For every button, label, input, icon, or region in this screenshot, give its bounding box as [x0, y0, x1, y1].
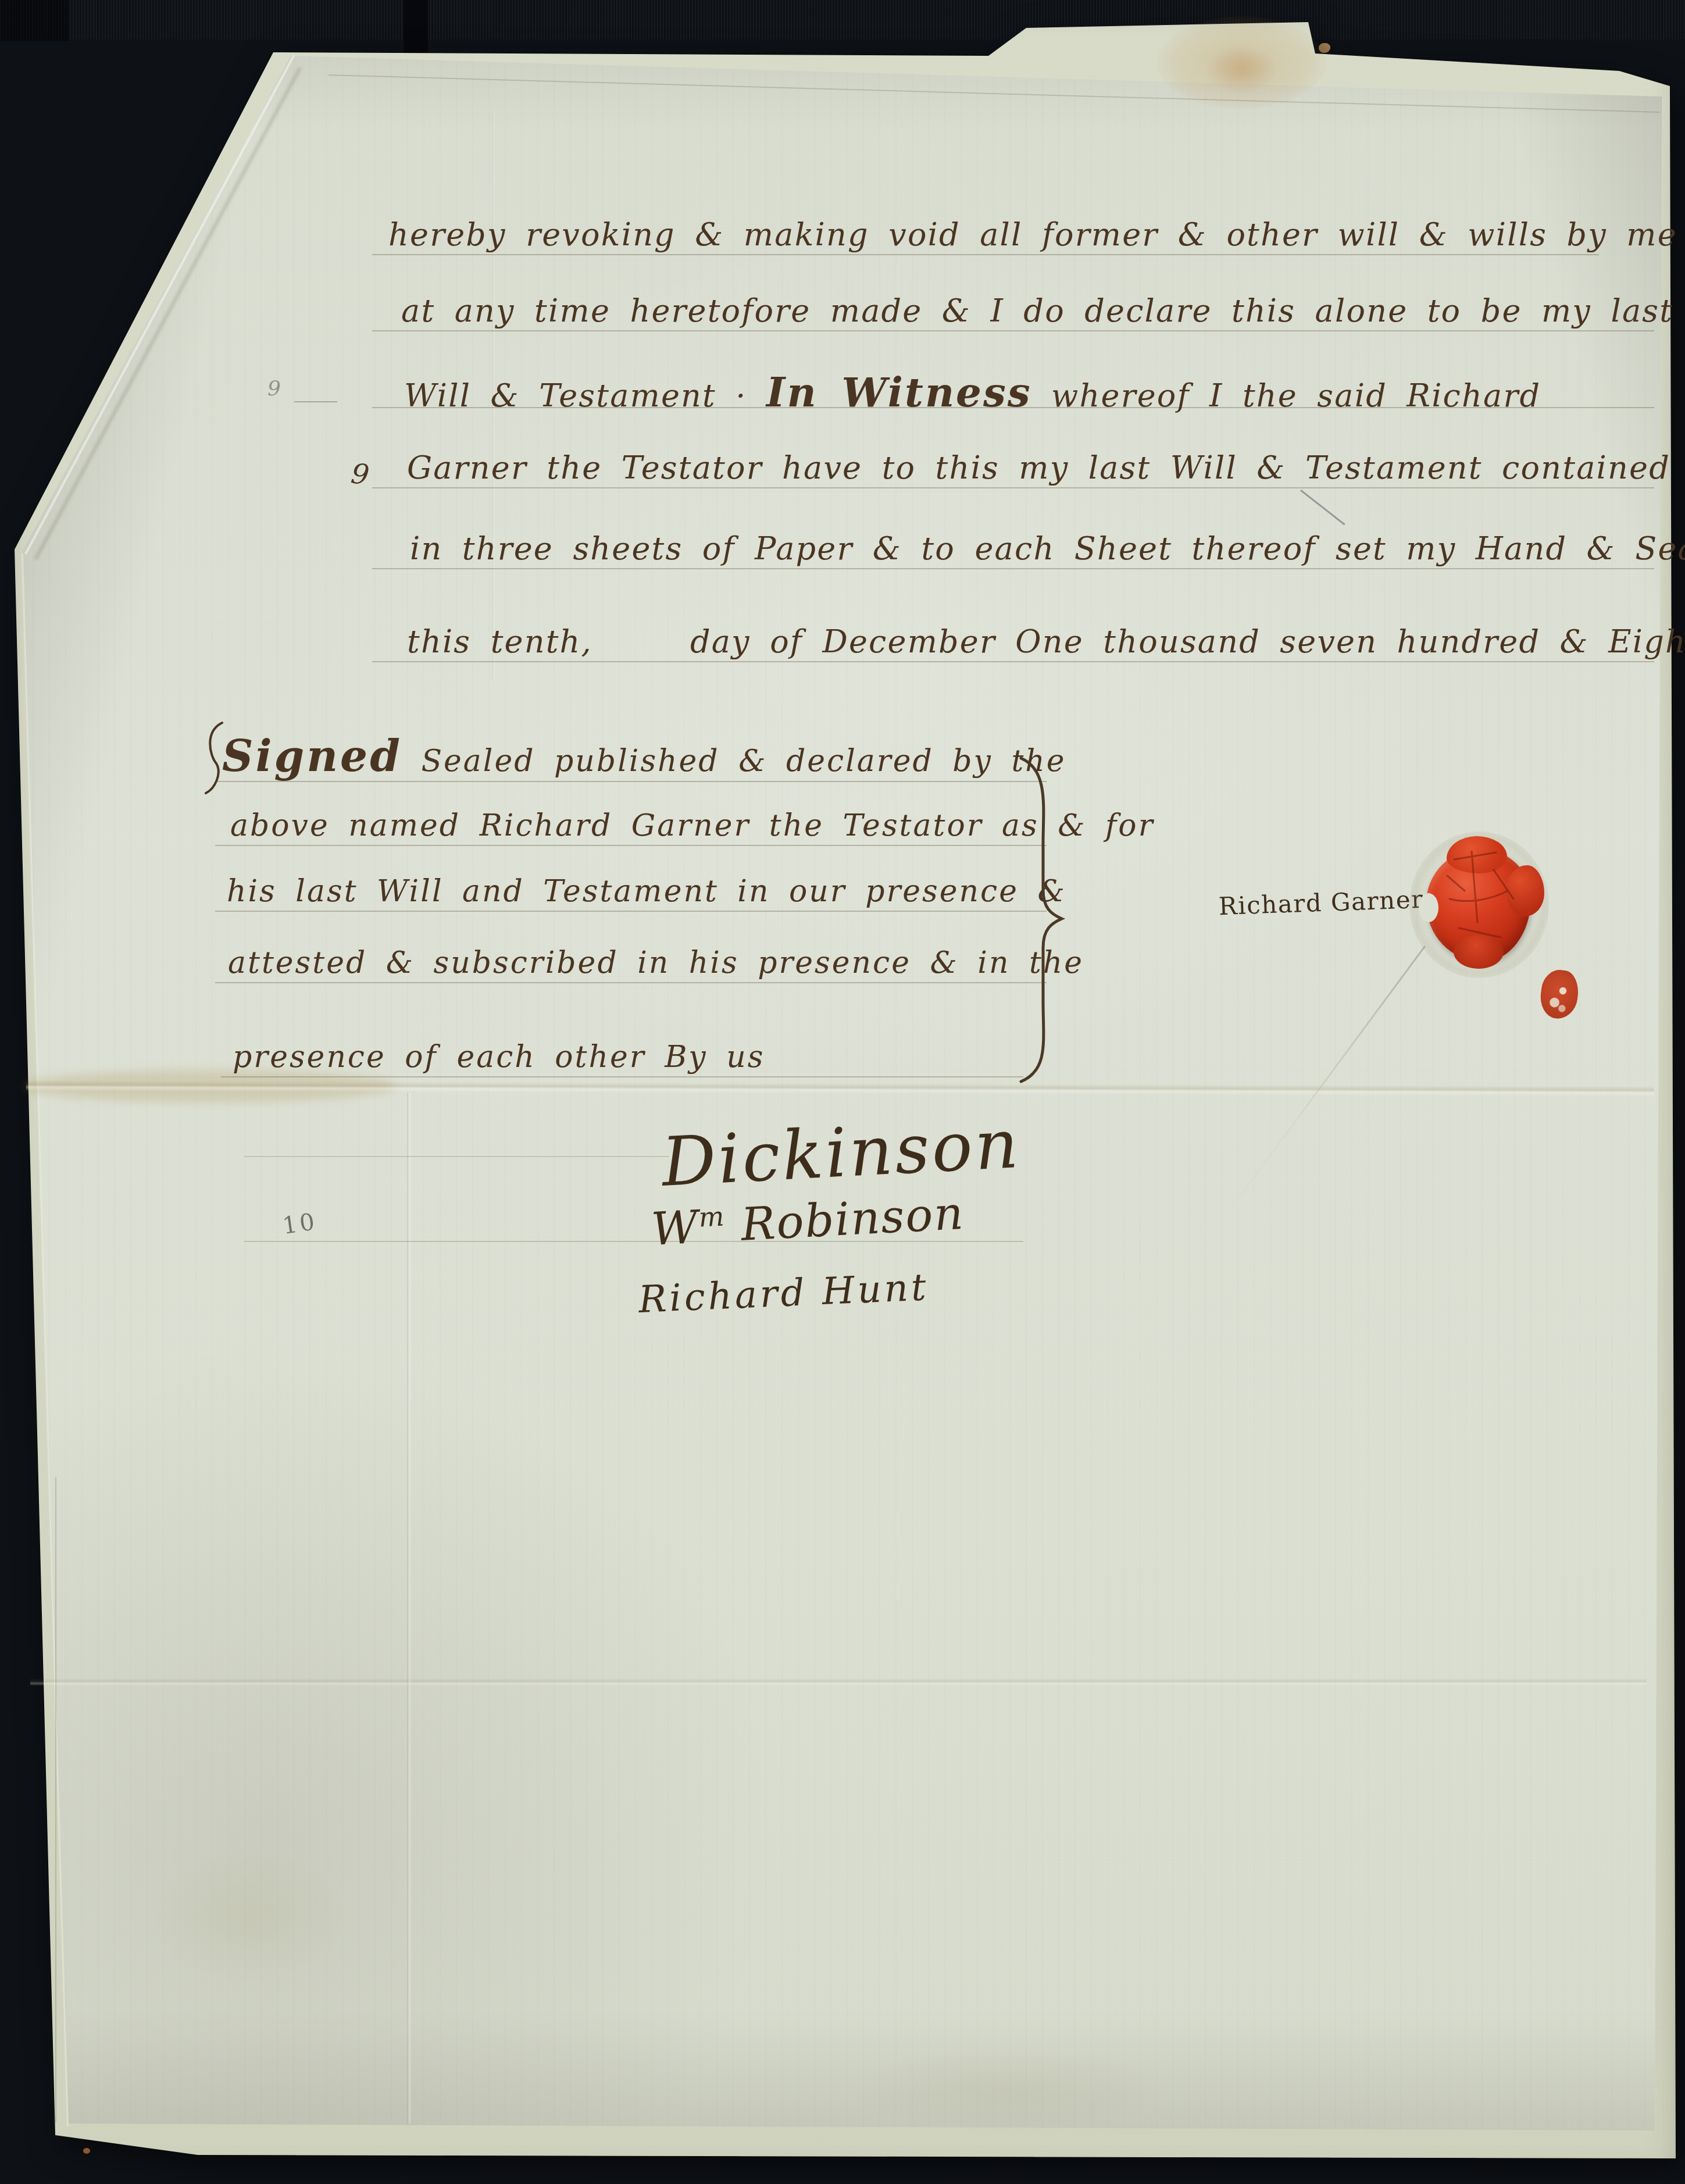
attestation-brace	[1016, 755, 1072, 1086]
attestation-line-1: Signed Sealed published & declared by th…	[222, 731, 1066, 781]
body-line-5: in three sheets of Paper & to each Sheet…	[410, 530, 1685, 567]
ruled-line	[244, 1156, 669, 1157]
attestation-line-5: presence of each other By us	[233, 1040, 765, 1075]
body-line-3-post: whereof I the said Richard	[1051, 377, 1541, 414]
ruled-line	[372, 568, 1654, 569]
body-line-6-post: day of December One thousand seven hundr…	[690, 623, 1685, 660]
witness-initial: W	[650, 1201, 701, 1256]
ruled-line	[215, 911, 1047, 912]
folio-number: 10	[281, 1208, 319, 1240]
faint-margin-mark-9: 9	[267, 377, 281, 401]
attestation-flourish	[199, 720, 234, 795]
ruled-line	[372, 661, 1654, 662]
faint-margin-dash	[294, 401, 337, 402]
body-line-2: at any time heretofore made & I do decla…	[401, 292, 1673, 329]
attestation-line-1-rest: Sealed published & declared by the	[421, 744, 1066, 779]
body-line-3-pre: Will & Testament ·	[404, 377, 747, 414]
ruled-line	[215, 982, 1047, 983]
manuscript-photo: hereby revoking & making void all former…	[0, 0, 1685, 2184]
wax-seal-cracks	[1426, 835, 1531, 963]
attestation-line-3: his last Will and Testament in our prese…	[227, 874, 1066, 909]
body-line-3: Will & Testament · In Witness whereof I …	[404, 369, 1541, 416]
body-line-6-pre: this tenth,	[407, 623, 592, 660]
ruled-line	[372, 487, 1654, 488]
ruled-line	[372, 254, 1599, 255]
body-line-3-emphasis: In Witness	[766, 369, 1032, 416]
body-line-1: hereby revoking & making void all former…	[388, 216, 1677, 253]
attestation-signed-word: Signed	[222, 731, 402, 781]
body-line-4: Garner the Testator have to this my last…	[407, 449, 1670, 486]
body-line-6: this tenth,day of December One thousand …	[407, 623, 1685, 660]
attestation-line-4: attested & subscribed in his presence & …	[228, 945, 1084, 980]
ruled-line	[372, 330, 1654, 331]
ruled-line	[221, 1076, 1023, 1077]
witness-initial-superscript: m	[698, 1200, 726, 1233]
ruled-line	[215, 845, 1047, 846]
